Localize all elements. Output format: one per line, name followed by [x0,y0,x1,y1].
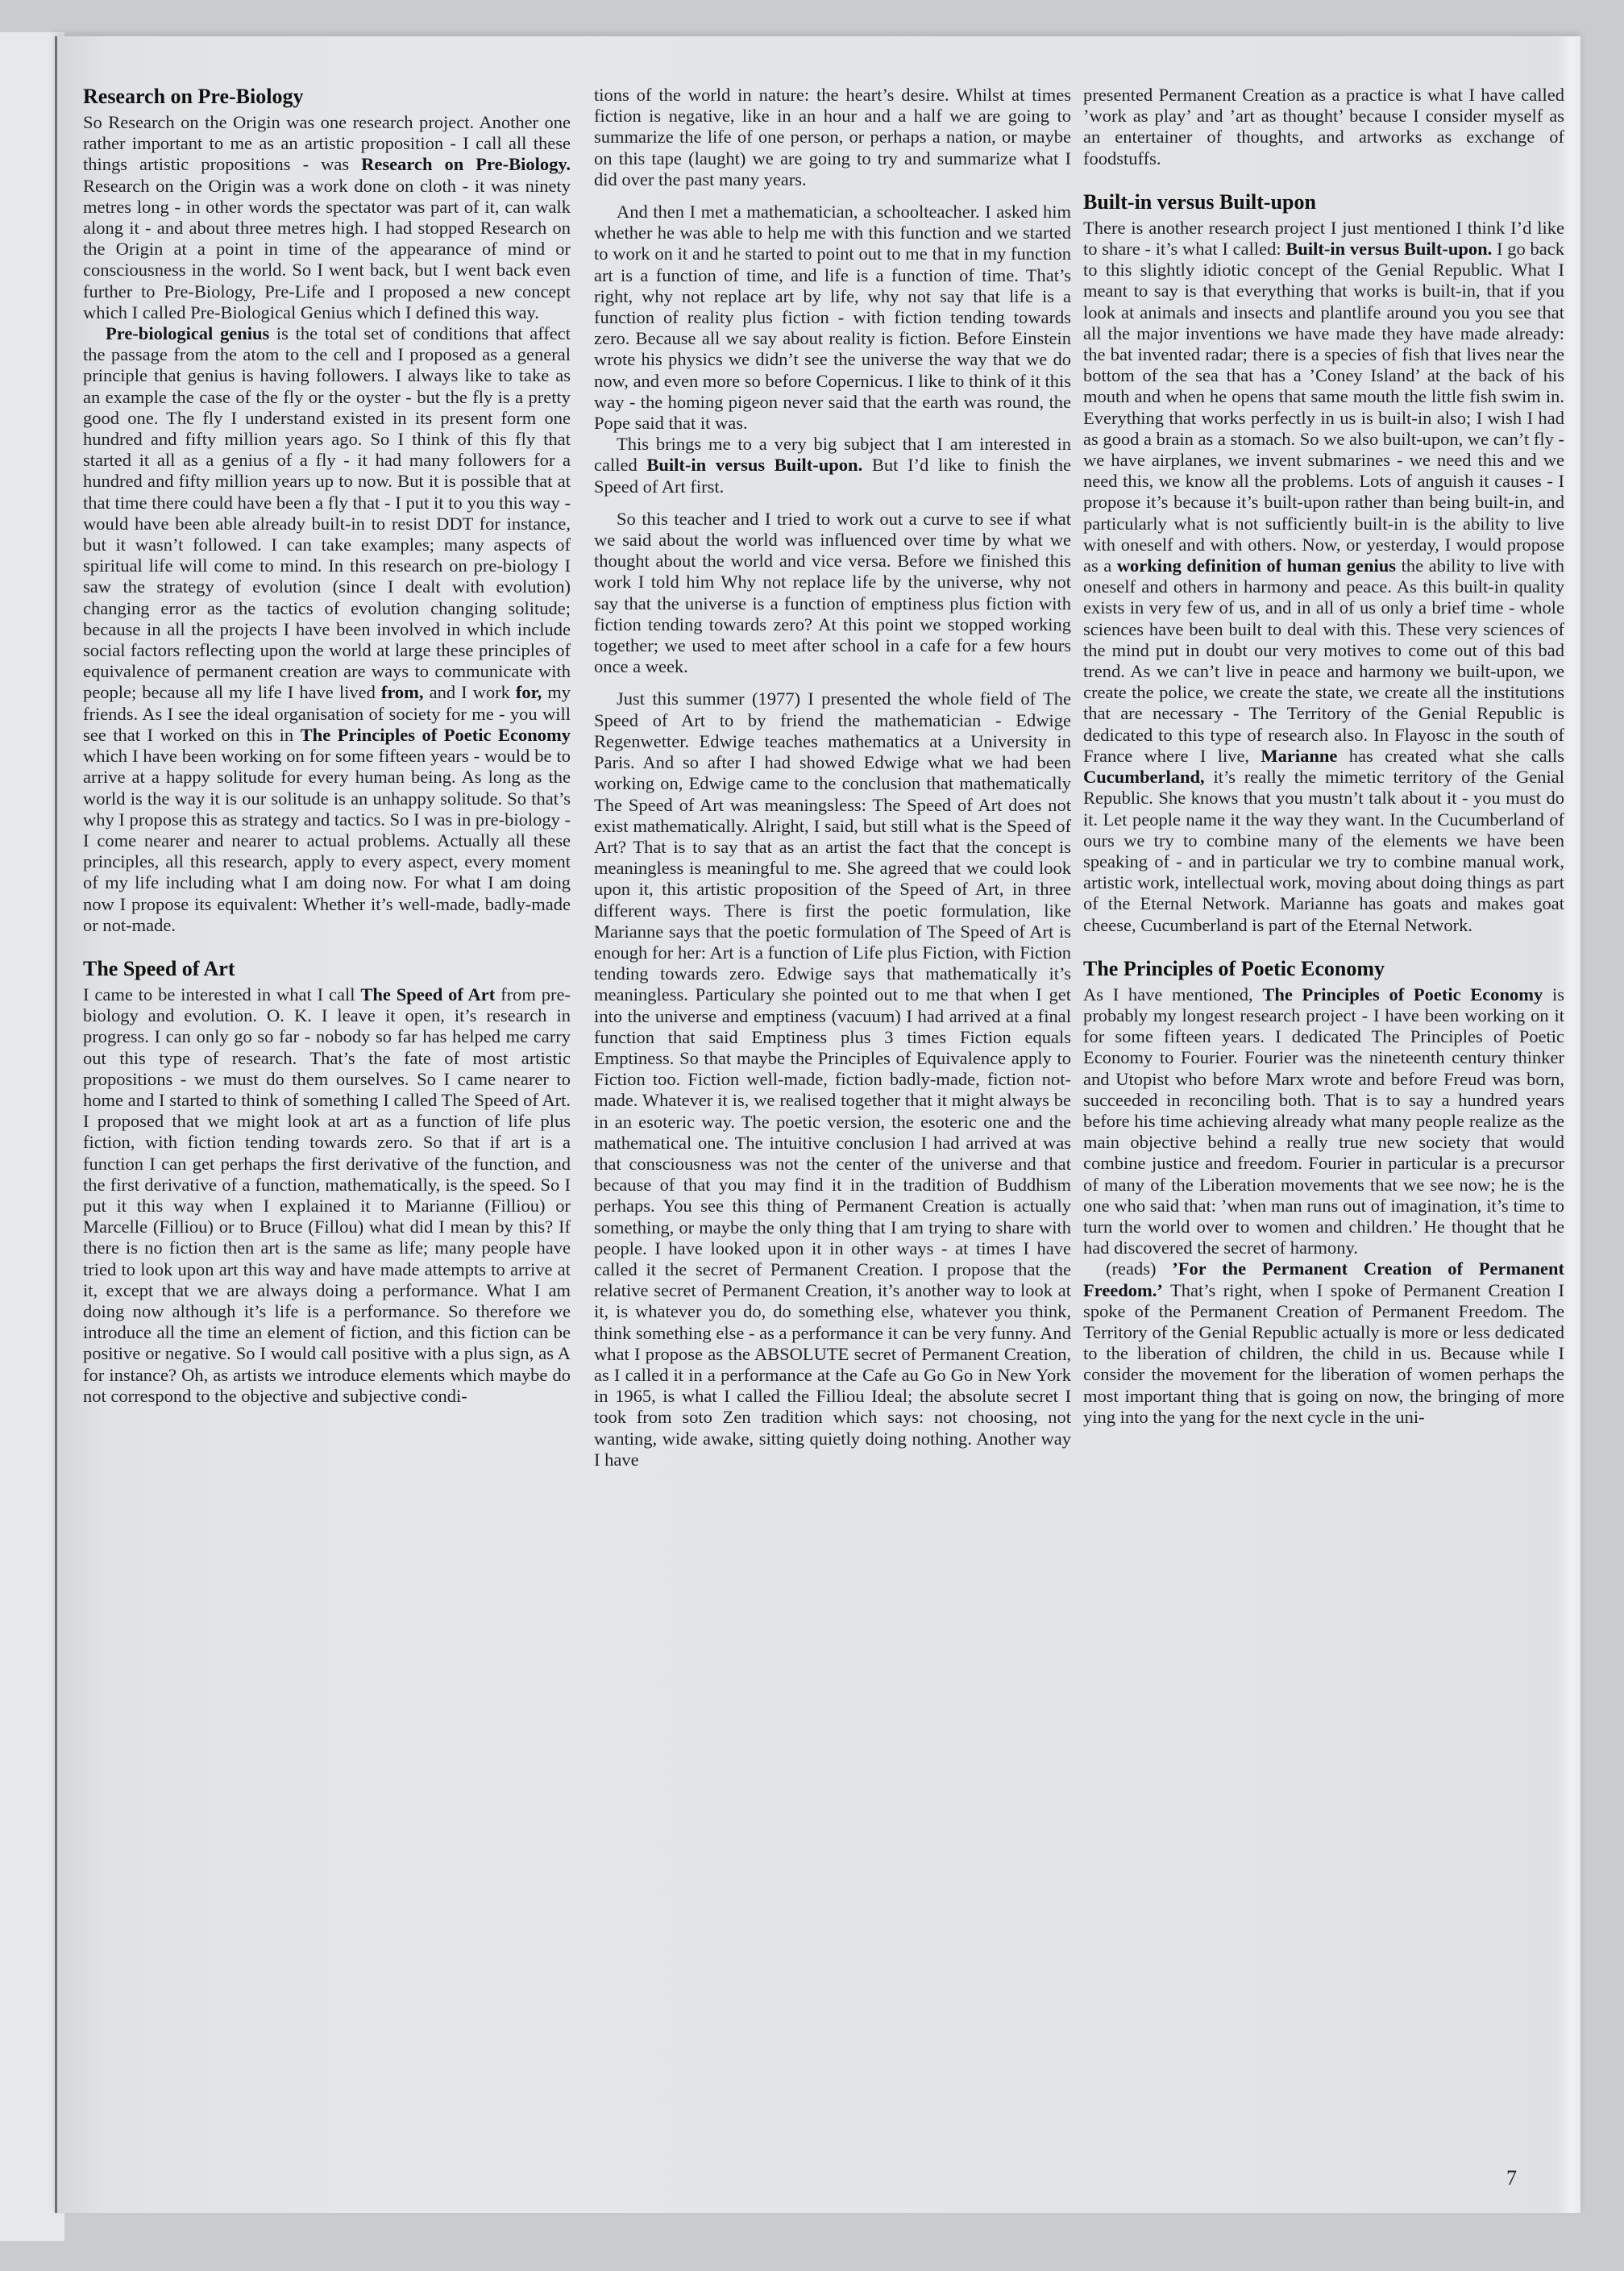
bold-term: Pre-biological genius [106,323,269,343]
column-3: presented Permanent Creation as a practi… [1083,85,1564,1428]
bold-term: Research on Pre-Biology. [361,154,571,174]
body-paragraph: Just this summer (1977) I presented the … [594,688,1071,1470]
column-1: Research on Pre-BiologySo Research on th… [83,85,571,1407]
body-paragraph: So this teacher and I tried to work out … [594,509,1071,678]
body-paragraph: And then I met a mathematician, a school… [594,202,1071,434]
magazine-page: Research on Pre-BiologySo Research on th… [55,36,1580,2213]
bold-term: The Principles of Poetic Economy [1262,984,1543,1004]
bold-term: The Speed of Art [360,984,495,1004]
body-paragraph: This brings me to a very big subject tha… [594,434,1071,497]
text-run: And then I met a mathematician, a school… [594,202,1071,433]
text-run: which I have been working on for some fi… [83,746,571,935]
body-paragraph: tions of the world in nature: the heart’… [594,85,1071,190]
section-heading: Research on Pre-Biology [83,85,571,109]
text-run: As I have mentioned, [1083,984,1262,1004]
text-run: tions of the world in nature: the heart’… [594,85,1071,189]
body-paragraph: (reads) ’For the Permanent Creation of P… [1083,1258,1564,1428]
text-run: I go back to this slightly idiotic conce… [1083,239,1564,576]
section-heading: The Principles of Poetic Economy [1083,957,1564,981]
column-2: tions of the world in nature: the heart’… [594,85,1071,1470]
text-run: So this teacher and I tried to work out … [594,509,1071,676]
text-run: That’s right, when I spoke of Permanent … [1083,1280,1564,1427]
bold-term: Built-in versus Built-upon. [1285,239,1492,259]
text-run: has created what she calls [1337,746,1564,766]
text-run: is probably my longest research project … [1083,984,1564,1258]
text-run: from pre-biology and evolution. O. K. I … [83,984,571,1406]
body-paragraph: There is another research project I just… [1083,218,1564,936]
text-run: I came to be interested in what I call [83,984,360,1004]
text-run: presented Permanent Creation as a practi… [1083,85,1564,168]
page-number: 7 [1506,2166,1517,2190]
body-paragraph: As I have mentioned, The Principles of P… [1083,984,1564,1259]
text-run: the ability to live with oneself and oth… [1083,555,1564,766]
bold-term: from, [381,682,424,702]
body-paragraph: Pre-biological genius is the total set o… [83,323,571,936]
text-run: Research on the Origin was a work done o… [83,176,571,322]
text-run: and I work [424,682,516,702]
body-paragraph: presented Permanent Creation as a practi… [1083,85,1564,169]
bold-term: working definition of human genius [1117,555,1396,576]
text-run: (reads) [1106,1258,1172,1279]
body-paragraph: So Research on the Origin was one resear… [83,112,571,323]
bold-term: Built-in versus Built-upon. [646,455,862,475]
text-run: Just this summer (1977) I presented the … [594,688,1071,1469]
text-run: is the total set of conditions that affe… [83,323,571,702]
bold-term: Cucumberland, [1083,767,1205,787]
section-heading: Built-in versus Built-upon [1083,190,1564,214]
text-run: it’s really the mimetic territory of the… [1083,767,1564,934]
bold-term: Marianne [1261,746,1337,766]
bold-term: The Principles of Poetic Economy [301,725,571,745]
bold-term: for, [516,682,542,702]
body-paragraph: I came to be interested in what I call T… [83,984,571,1407]
section-heading: The Speed of Art [83,957,571,981]
